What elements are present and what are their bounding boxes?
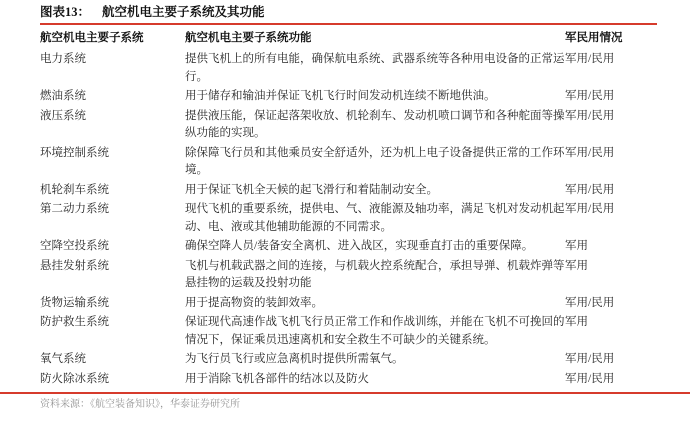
- usage-status-cell: 军用/民用: [565, 87, 657, 107]
- system-function-cell: 用于消除飞机各部件的结冰以及防火: [185, 370, 565, 390]
- usage-status-cell: 军用/民用: [565, 50, 657, 87]
- system-name-cell: 悬挂发射系统: [40, 257, 185, 294]
- table-row: 液压系统 提供液压能，保证起落架收放、机轮刹车、发动机喷口调节和各种舵面等操纵功…: [40, 107, 657, 144]
- table-row: 防火除冰系统 用于消除飞机各部件的结冰以及防火 军用/民用: [40, 370, 657, 390]
- usage-status-cell: 军用/民用: [565, 350, 657, 370]
- system-function-cell: 用于储存和输油并保证飞机飞行时间发动机连续不断地供油。: [185, 87, 565, 107]
- system-name-cell: 防火除冰系统: [40, 370, 185, 390]
- subsystem-table: 航空机电主要子系统 航空机电主要子系统功能 军民用情况 电力系统 提供飞机上的所…: [40, 26, 657, 389]
- table-row: 防护救生系统 保证现代高速作战飞机飞行员正常工作和作战训练，并能在飞机不可挽回的…: [40, 313, 657, 350]
- title-divider-rule: [40, 23, 657, 25]
- report-table-figure: 图表13：航空机电主要子系统及其功能 航空机电主要子系统 航空机电主要子系统功能…: [0, 0, 690, 427]
- usage-status-cell: 军用/民用: [565, 181, 657, 201]
- table-row: 空降空投系统 确保空降人员/装备安全离机、进入战区，实现垂直打击的重要保障。 军…: [40, 237, 657, 257]
- table-row: 环境控制系统 除保障飞行员和其他乘员安全舒适外，还为机上电子设备提供正常的工作环…: [40, 144, 657, 181]
- system-function-cell: 保证现代高速作战飞机飞行员正常工作和作战训练，并能在飞机不可挽回的情况下，保证乘…: [185, 313, 565, 350]
- figure-label: 图表13：: [40, 5, 90, 19]
- system-name-cell: 货物运输系统: [40, 294, 185, 314]
- table-row: 第二动力系统 现代飞机的重要系统，提供电、气、液能源及轴功率，满足飞机对发动机起…: [40, 200, 657, 237]
- table-header-row: 航空机电主要子系统 航空机电主要子系统功能 军民用情况: [40, 26, 657, 50]
- table-row: 燃油系统 用于储存和输油并保证飞机飞行时间发动机连续不断地供油。 军用/民用: [40, 87, 657, 107]
- system-name-cell: 电力系统: [40, 50, 185, 87]
- figure-title: 航空机电主要子系统及其功能: [102, 5, 265, 19]
- col-header-function: 航空机电主要子系统功能: [185, 26, 565, 50]
- usage-status-cell: 军用/民用: [565, 294, 657, 314]
- system-function-cell: 提供飞机上的所有电能，确保航电系统、武器系统等各种用电设备的正常运行。: [185, 50, 565, 87]
- figure-title-row: 图表13：航空机电主要子系统及其功能: [40, 4, 657, 20]
- usage-status-cell: 军用/民用: [565, 107, 657, 144]
- system-name-cell: 第二动力系统: [40, 200, 185, 237]
- system-function-cell: 除保障飞行员和其他乘员安全舒适外，还为机上电子设备提供正常的工作环境。: [185, 144, 565, 181]
- usage-status-cell: 军用/民用: [565, 200, 657, 237]
- system-function-cell: 确保空降人员/装备安全离机、进入战区，实现垂直打击的重要保障。: [185, 237, 565, 257]
- usage-status-cell: 军用/民用: [565, 370, 657, 390]
- col-header-usage: 军民用情况: [565, 26, 657, 50]
- system-function-cell: 用于提高物资的装卸效率。: [185, 294, 565, 314]
- system-name-cell: 空降空投系统: [40, 237, 185, 257]
- usage-status-cell: 军用: [565, 237, 657, 257]
- source-note: 资料来源：《航空装备知识》，华泰证券研究所: [40, 398, 657, 411]
- table-row: 悬挂发射系统 飞机与机载武器之间的连接，与机载火控系统配合，承担导弹、机载炸弹等…: [40, 257, 657, 294]
- system-function-cell: 用于保证飞机全天候的起飞滑行和着陆制动安全。: [185, 181, 565, 201]
- system-name-cell: 液压系统: [40, 107, 185, 144]
- system-name-cell: 燃油系统: [40, 87, 185, 107]
- system-function-cell: 为飞行员飞行或应急离机时提供所需氧气。: [185, 350, 565, 370]
- usage-status-cell: 军用: [565, 257, 657, 294]
- system-name-cell: 防护救生系统: [40, 313, 185, 350]
- table-row: 电力系统 提供飞机上的所有电能，确保航电系统、武器系统等各种用电设备的正常运行。…: [40, 50, 657, 87]
- bottom-divider-rule: [0, 392, 690, 394]
- system-function-cell: 现代飞机的重要系统，提供电、气、液能源及轴功率，满足飞机对发动机起动、电、液或其…: [185, 200, 565, 237]
- system-name-cell: 氧气系统: [40, 350, 185, 370]
- system-name-cell: 环境控制系统: [40, 144, 185, 181]
- table-row: 氧气系统 为飞行员飞行或应急离机时提供所需氧气。 军用/民用: [40, 350, 657, 370]
- usage-status-cell: 军用/民用: [565, 144, 657, 181]
- system-function-cell: 飞机与机载武器之间的连接，与机载火控系统配合，承担导弹、机载炸弹等悬挂物的运载及…: [185, 257, 565, 294]
- table-row: 货物运输系统 用于提高物资的装卸效率。 军用/民用: [40, 294, 657, 314]
- system-name-cell: 机轮刹车系统: [40, 181, 185, 201]
- usage-status-cell: 军用: [565, 313, 657, 350]
- col-header-system: 航空机电主要子系统: [40, 26, 185, 50]
- system-function-cell: 提供液压能，保证起落架收放、机轮刹车、发动机喷口调节和各种舵面等操纵功能的实现。: [185, 107, 565, 144]
- table-row: 机轮刹车系统 用于保证飞机全天候的起飞滑行和着陆制动安全。 军用/民用: [40, 181, 657, 201]
